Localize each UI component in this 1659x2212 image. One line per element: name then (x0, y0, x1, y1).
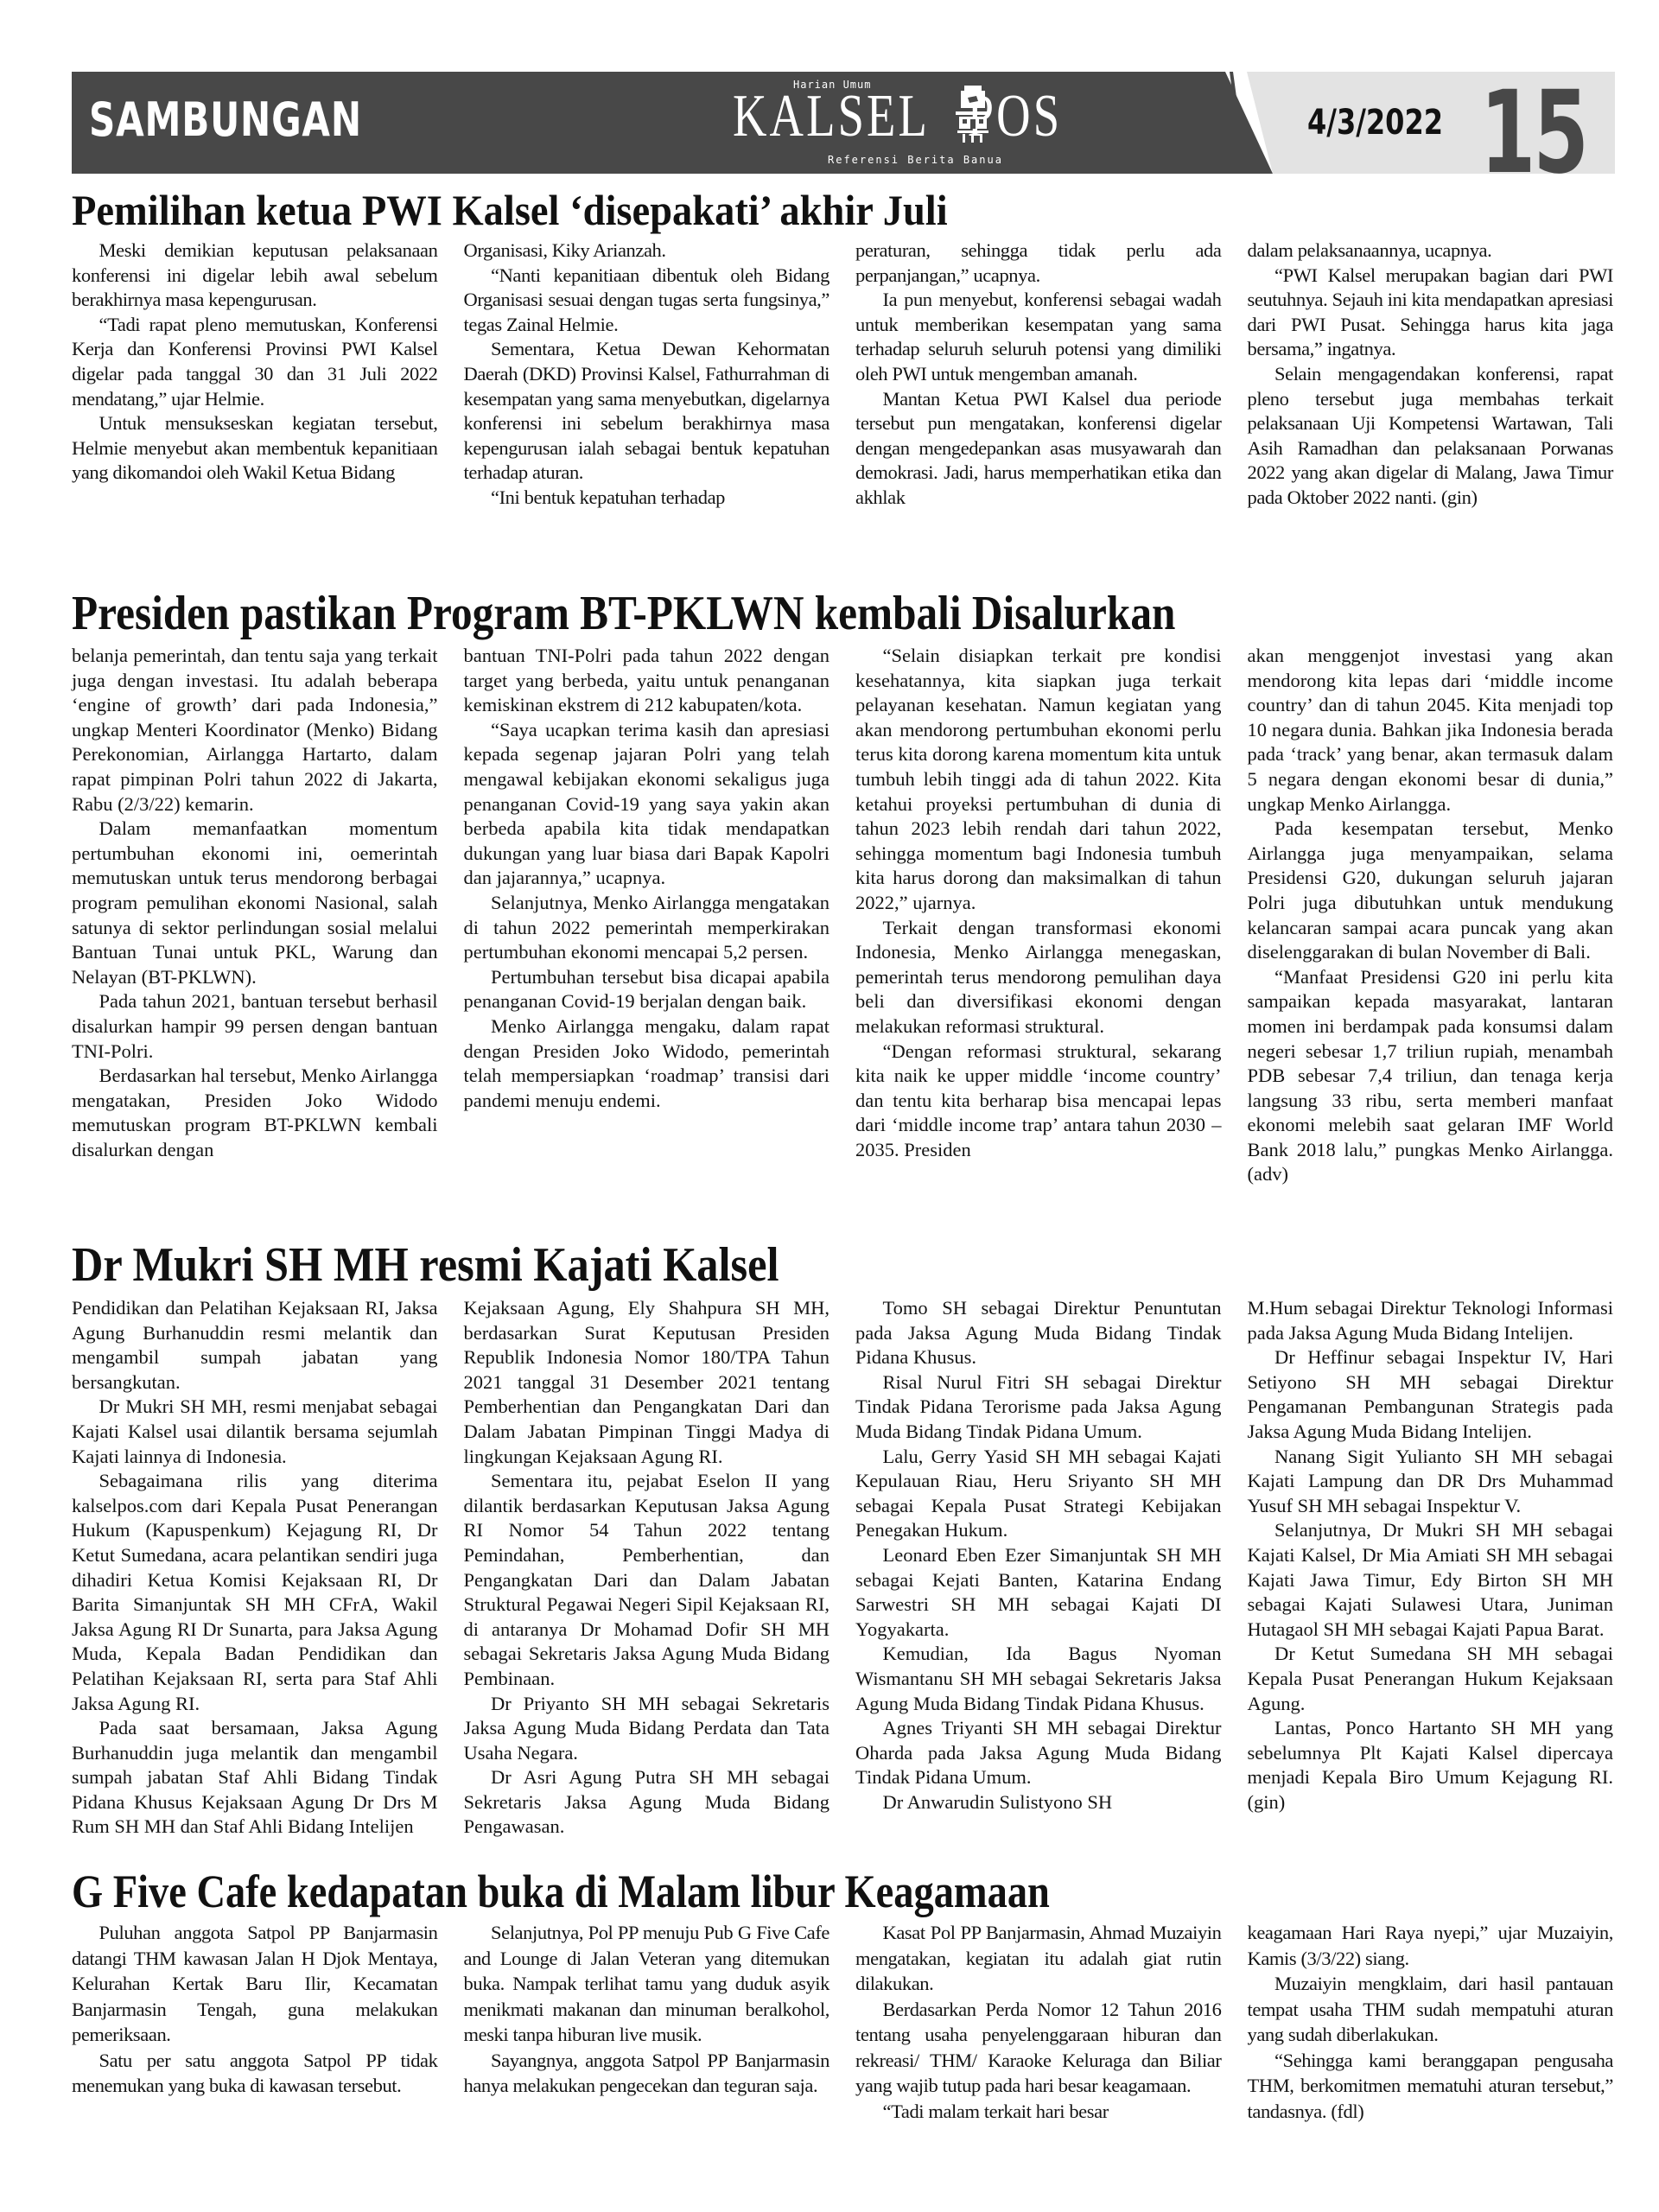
paragraph: “Tadi rapat pleno memutuskan, Konferensi… (72, 313, 438, 411)
article-g-five-cafe: Puluhan anggota Satpol PP Banjarmasin da… (72, 1920, 1613, 2124)
headline-dr-mukri: Dr Mukri SH MH resmi Kajati Kalsel (72, 1237, 779, 1293)
paragraph: Muzaiyin mengklaim, dari hasil pantauan … (1248, 1971, 1614, 2048)
paragraph: “Selain disiapkan terkait pre kondisi ke… (855, 644, 1222, 916)
paragraph: Untuk mensukseskan kegiatan tersebut, He… (72, 411, 438, 486)
paragraph: “Ini bentuk kepatuhan terhadap (464, 486, 830, 511)
article-pwi-kalsel: Meski demikian keputusan pelaksanaan kon… (72, 238, 1613, 511)
article-column: belanja pemerintah, dan tentu saja yang … (72, 644, 438, 1187)
logo-word-left: KALSEL (733, 83, 930, 149)
paragraph: Kejaksaan Agung, Ely Shahpura SH MH, ber… (464, 1296, 830, 1469)
article-column: Puluhan anggota Satpol PP Banjarmasin da… (72, 1920, 438, 2124)
article-dr-mukri: Pendidikan dan Pelatihan Kejaksaan RI, J… (72, 1296, 1613, 1840)
paragraph: Sementara, Ketua Dewan Kehormatan Daerah… (464, 337, 830, 486)
paragraph: Leonard Eben Ezer Simanjuntak SH MH seba… (855, 1543, 1222, 1642)
article-column: keagamaan Hari Raya nyepi,” ujar Muzaiyi… (1248, 1920, 1614, 2124)
paragraph: M.Hum sebagai Direktur Teknologi Informa… (1248, 1296, 1614, 1345)
paragraph: “Nanti kepanitiaan dibentuk oleh Bidang … (464, 264, 830, 338)
paragraph: Pada tahun 2021, bantuan tersebut berhas… (72, 989, 438, 1064)
article-column: peraturan, sehingga tidak perlu ada perp… (855, 238, 1222, 511)
logo-tagline: Referensi Berita Banua (828, 154, 1003, 166)
paragraph: Pertumbuhan tersebut bisa dicapai apabil… (464, 965, 830, 1014)
paragraph: peraturan, sehingga tidak perlu ada perp… (855, 238, 1222, 288)
paragraph: Pada kesempatan tersebut, Menko Airlangg… (1248, 817, 1614, 965)
paragraph: Berdasarkan hal tersebut, Menko Airlangg… (72, 1064, 438, 1162)
article-column: Organisasi, Kiky Arianzah. “Nanti kepani… (464, 238, 830, 511)
paragraph: Kasat Pol PP Banjarmasin, Ahmad Muzaiyin… (855, 1920, 1222, 1997)
paragraph: Dr Heffinur sebagai Inspektur IV, Hari S… (1248, 1345, 1614, 1444)
article-column: Tomo SH sebagai Direktur Penuntutan pada… (855, 1296, 1222, 1840)
article-column: “Selain disiapkan terkait pre kondisi ke… (855, 644, 1222, 1187)
article-column: akan menggenjot investasi yang akan mend… (1248, 644, 1614, 1187)
article-column: Kejaksaan Agung, Ely Shahpura SH MH, ber… (464, 1296, 830, 1840)
headline-bt-pklwn: Presiden pastikan Program BT-PKLWN kemba… (72, 586, 1175, 641)
article-column: Meski demikian keputusan pelaksanaan kon… (72, 238, 438, 511)
paragraph: keagamaan Hari Raya nyepi,” ujar Muzaiyi… (1248, 1920, 1614, 1971)
paragraph: akan menggenjot investasi yang akan mend… (1248, 644, 1614, 817)
paragraph: Sayangnya, anggota Satpol PP Banjarmasin… (464, 2048, 830, 2099)
headline-pwi-kalsel: Pemilihan ketua PWI Kalsel ‘disepakati’ … (72, 185, 948, 235)
headline-g-five-cafe: G Five Cafe kedapatan buka di Malam libu… (72, 1865, 1050, 1918)
paragraph: Dr Priyanto SH MH sebagai Sekretaris Jak… (464, 1692, 830, 1766)
paragraph: “Manfaat Presidensi G20 ini perlu kita s… (1248, 965, 1614, 1187)
paragraph: Pendidikan dan Pelatihan Kejaksaan RI, J… (72, 1296, 438, 1395)
rumah-banjar-emblem-icon (956, 84, 990, 144)
paragraph: Nanang Sigit Yulianto SH MH sebagai Kaja… (1248, 1445, 1614, 1519)
paragraph: Organisasi, Kiky Arianzah. (464, 238, 830, 264)
article-column: Kasat Pol PP Banjarmasin, Ahmad Muzaiyin… (855, 1920, 1222, 2124)
paragraph: Menko Airlangga mengaku, dalam rapat den… (464, 1014, 830, 1113)
paragraph: Dr Ketut Sumedana SH MH sebagai Kepala P… (1248, 1642, 1614, 1716)
issue-date: 4/3/2022 (1307, 103, 1443, 143)
paragraph: Puluhan anggota Satpol PP Banjarmasin da… (72, 1920, 438, 2048)
paragraph: Selanjutnya, Pol PP menuju Pub G Five Ca… (464, 1920, 830, 2048)
article-column: dalam pelaksanaannya, ucapnya. “PWI Kals… (1248, 238, 1614, 511)
article-column: Selanjutnya, Pol PP menuju Pub G Five Ca… (464, 1920, 830, 2124)
paragraph: “Dengan reformasi struktural, sekarang k… (855, 1039, 1222, 1163)
paragraph: Satu per satu anggota Satpol PP tidak me… (72, 2048, 438, 2099)
paragraph: “Saya ucapkan terima kasih dan apresiasi… (464, 718, 830, 891)
masthead: SAMBUNGAN Harian Umum KALSELPOS Referens… (72, 72, 1615, 175)
paragraph: Selanjutnya, Dr Mukri SH MH sebagai Kaja… (1248, 1518, 1614, 1642)
paragraph: Terkait dengan transformasi ekonomi Indo… (855, 916, 1222, 1039)
paragraph: Meski demikian keputusan pelaksanaan kon… (72, 238, 438, 313)
page-number: 15 (1480, 67, 1586, 200)
paragraph: Berdasarkan Perda Nomor 12 Tahun 2016 te… (855, 1997, 1222, 2099)
paragraph: Mantan Ketua PWI Kalsel dua periode ters… (855, 387, 1222, 511)
paragraph: Lantas, Ponco Hartanto SH MH yang sebelu… (1248, 1716, 1614, 1815)
paragraph: Pada saat bersamaan, Jaksa Agung Burhanu… (72, 1716, 438, 1840)
paragraph: Sebagaimana rilis yang diterima kalselpo… (72, 1469, 438, 1716)
paragraph: bantuan TNI-Polri pada tahun 2022 dengan… (464, 644, 830, 718)
paragraph: Tomo SH sebagai Direktur Penuntutan pada… (855, 1296, 1222, 1370)
paragraph: Selanjutnya, Menko Airlangga mengatakan … (464, 891, 830, 965)
paragraph: Sementara itu, pejabat Eselon II yang di… (464, 1469, 830, 1691)
paragraph: belanja pemerintah, dan tentu saja yang … (72, 644, 438, 817)
section-label: SAMBUNGAN (89, 92, 362, 147)
logo-wordmark: KALSELPOS (733, 82, 1062, 151)
article-column: Pendidikan dan Pelatihan Kejaksaan RI, J… (72, 1296, 438, 1840)
paragraph: Selain mengagendakan konferensi, rapat p… (1248, 362, 1614, 511)
paragraph: Dalam memanfaatkan momentum pertumbuhan … (72, 817, 438, 989)
paragraph: Kemudian, Ida Bagus Nyoman Wismantanu SH… (855, 1642, 1222, 1716)
paragraph: Dr Mukri SH MH, resmi menjabat sebagai K… (72, 1395, 438, 1469)
paragraph: Dr Asri Agung Putra SH MH sebagai Sekret… (464, 1765, 830, 1840)
paragraph: Ia pun menyebut, konferensi sebagai wada… (855, 288, 1222, 386)
paragraph: Lalu, Gerry Yasid SH MH sebagai Kajati K… (855, 1445, 1222, 1543)
paragraph: dalam pelaksanaannya, ucapnya. (1248, 238, 1614, 264)
article-column: M.Hum sebagai Direktur Teknologi Informa… (1248, 1296, 1614, 1840)
paragraph: “Tadi malam terkait hari besar (855, 2099, 1222, 2125)
paragraph: “PWI Kalsel merupakan bagian dari PWI se… (1248, 264, 1614, 362)
paragraph: Risal Nurul Fitri SH sebagai Direktur Ti… (855, 1370, 1222, 1445)
article-column: bantuan TNI-Polri pada tahun 2022 dengan… (464, 644, 830, 1187)
paragraph: “Sehingga kami beranggapan pengusaha THM… (1248, 2048, 1614, 2125)
article-bt-pklwn: belanja pemerintah, dan tentu saja yang … (72, 644, 1613, 1187)
paragraph: Agnes Triyanti SH MH sebagai Direktur Oh… (855, 1716, 1222, 1790)
newspaper-logo: Harian Umum KALSELPOS Referensi Berita B… (733, 72, 1139, 174)
paragraph: Dr Anwarudin Sulistyono SH (855, 1790, 1222, 1815)
